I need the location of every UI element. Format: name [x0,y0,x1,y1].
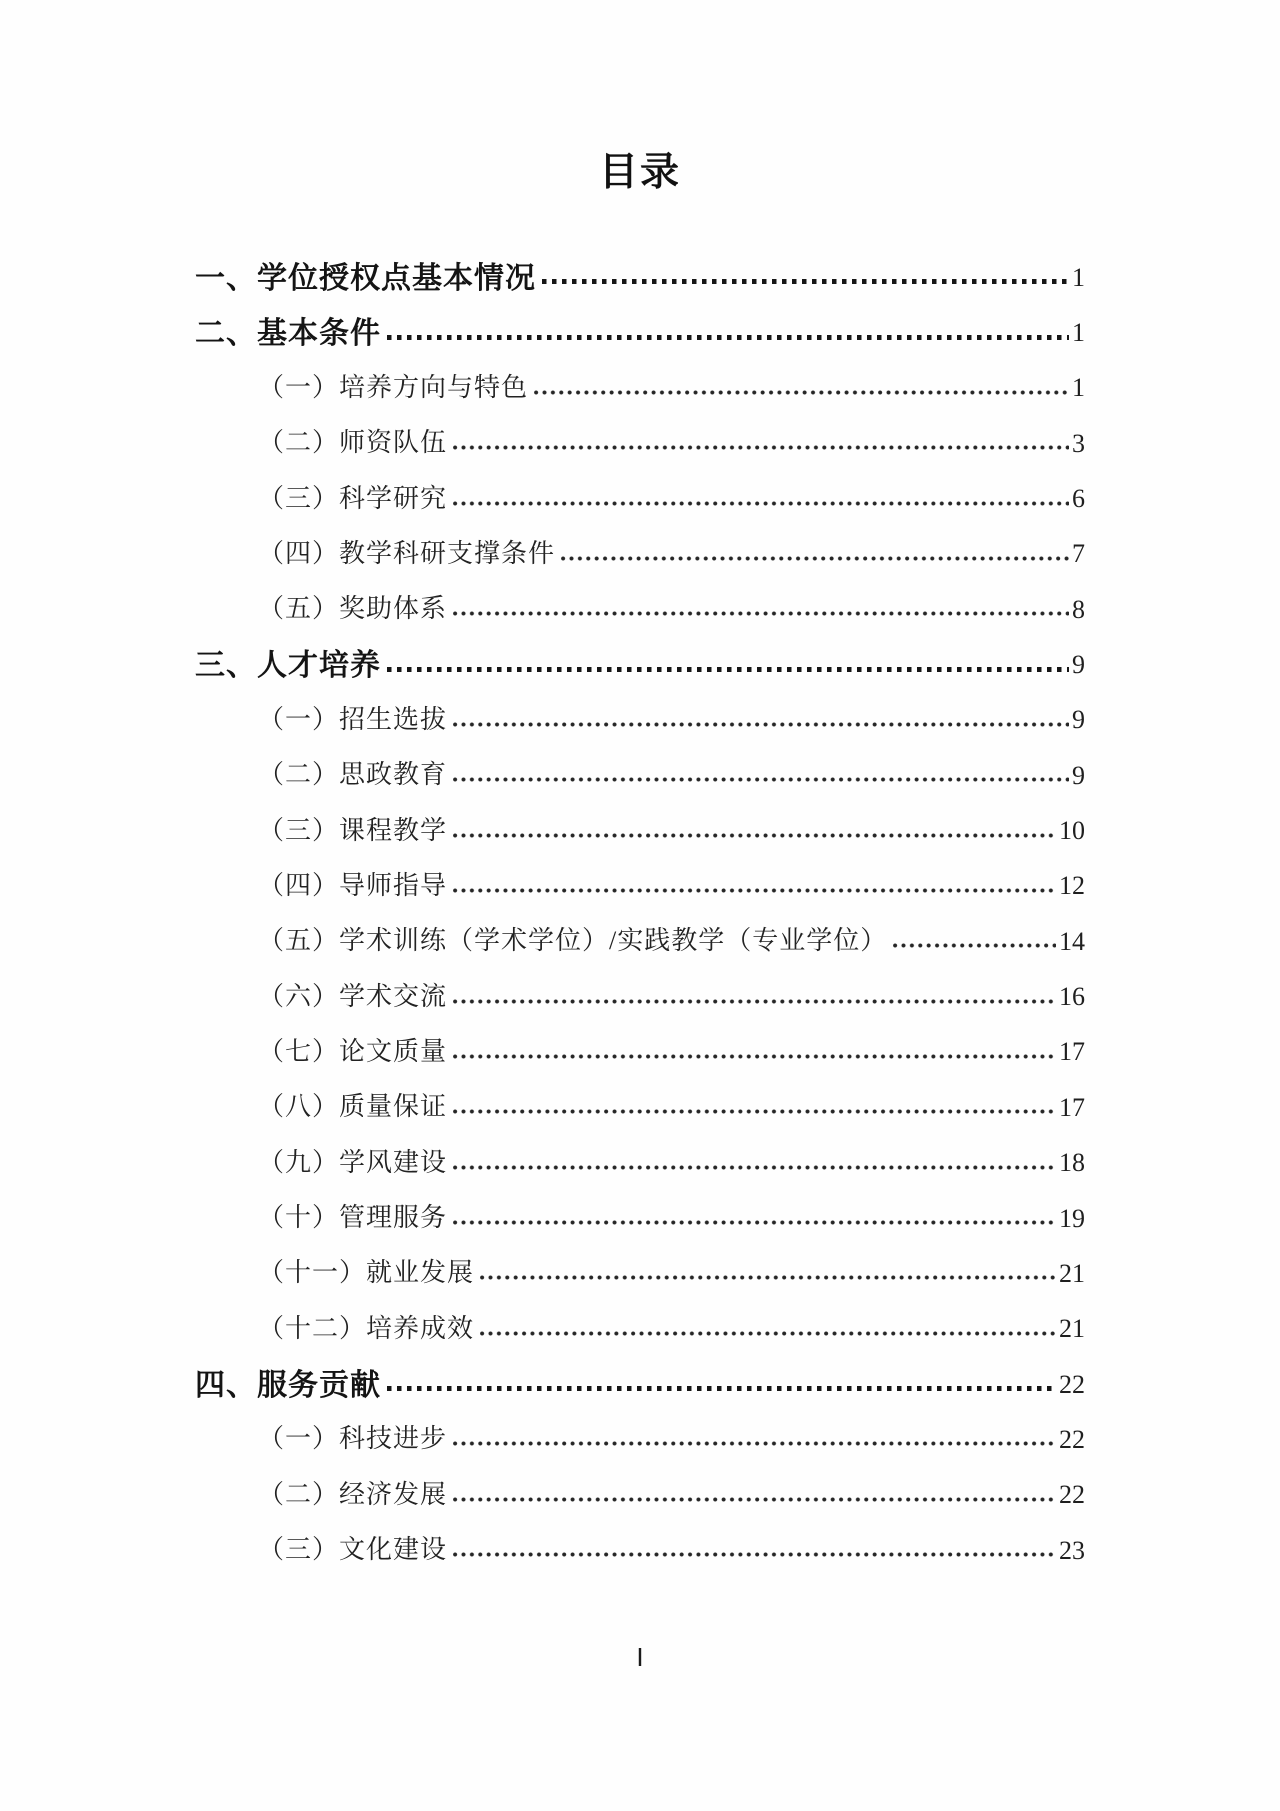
toc-entry: （五）学术训练（学术学位）/实践教学（专业学位） 14 [195,911,1085,966]
toc-entry: （四）教学科研支撑条件 7 [195,524,1085,579]
footer-page-number: I [0,1642,1280,1673]
toc-entry: 二、基本条件 1 [195,302,1085,357]
toc-entry-label: （四）教学科研支撑条件 [258,533,555,570]
toc-entry-label: 四、服务贡献 [195,1360,381,1404]
dot-leader-line [387,667,1069,672]
dot-leader-line [542,279,1069,284]
dot-leader-line [387,1386,1056,1391]
toc-entry-page-number: 1 [1072,373,1085,403]
dot-leader-line [453,777,1069,782]
toc-entry-page-number: 14 [1059,927,1085,957]
page-title: 目录 [0,0,1280,194]
toc-entry: 一、学位授权点基本情况 1 [195,247,1085,302]
toc-entry: （一）招生选拔 9 [195,690,1085,745]
dot-leader-line [480,1275,1056,1280]
toc-entry-page-number: 8 [1072,595,1085,625]
dot-leader-line [453,833,1056,838]
toc-entry: （九）学风建设 18 [195,1133,1085,1188]
toc-entry: （二）师资队伍 3 [195,413,1085,468]
toc-entry: （二）思政教育 9 [195,745,1085,800]
toc-entry: （十一）就业发展 21 [195,1243,1085,1298]
toc-entry: （三）课程教学 10 [195,800,1085,855]
toc-entry-label: （一）科技进步 [258,1418,447,1455]
dot-leader-line [534,390,1069,395]
toc-entry-label: （八）质量保证 [258,1086,447,1123]
toc-entry-page-number: 16 [1059,982,1085,1012]
toc-entry-label: （三）课程教学 [258,810,447,847]
toc-entry-label: 一、学位授权点基本情况 [195,253,536,297]
toc-entry: （一）培养方向与特色 1 [195,358,1085,413]
toc-entry-page-number: 17 [1059,1037,1085,1067]
toc-entry-page-number: 10 [1059,816,1085,846]
toc-entry: （三）科学研究 6 [195,468,1085,523]
toc-entry-label: （五）学术训练（学术学位）/实践教学（专业学位） [258,920,887,957]
toc-entry-page-number: 22 [1059,1425,1085,1455]
toc-entry-label: （六）学术交流 [258,976,447,1013]
toc-entry-page-number: 22 [1059,1370,1085,1400]
toc-entry-page-number: 1 [1072,263,1085,293]
toc-entry: （十）管理服务 19 [195,1188,1085,1243]
toc-entry-page-number: 21 [1059,1314,1085,1344]
toc-entry-page-number: 17 [1059,1093,1085,1123]
toc-entry-label: （十）管理服务 [258,1197,447,1234]
table-of-contents: 一、学位授权点基本情况 1 二、基本条件 1 （一）培养方向与特色 1 （二）师… [195,247,1085,1575]
toc-entry: （六）学术交流 16 [195,966,1085,1021]
dot-leader-line [561,556,1069,561]
dot-leader-line [453,611,1069,616]
toc-entry-label: （三）科学研究 [258,478,447,515]
toc-entry-page-number: 9 [1072,761,1085,791]
toc-entry-label: （二）思政教育 [258,754,447,791]
toc-entry-page-number: 12 [1059,871,1085,901]
toc-entry-label: （十二）培养成效 [258,1308,474,1345]
dot-leader-line [387,335,1069,340]
toc-entry-label: 三、人才培养 [195,640,381,684]
toc-entry: （十二）培养成效 21 [195,1299,1085,1354]
toc-entry: （四）导师指导 12 [195,856,1085,911]
dot-leader-line [453,1165,1056,1170]
toc-entry: （三）文化建设 23 [195,1520,1085,1575]
toc-entry-label: （四）导师指导 [258,865,447,902]
toc-entry-page-number: 9 [1072,705,1085,735]
toc-entry-label: （十一）就业发展 [258,1252,474,1289]
toc-entry-page-number: 18 [1059,1148,1085,1178]
dot-leader-line [453,1497,1056,1502]
toc-entry-label: （三）文化建设 [258,1529,447,1566]
dot-leader-line [453,445,1069,450]
toc-entry: （一）科技进步 22 [195,1409,1085,1464]
dot-leader-line [453,999,1056,1004]
toc-entry: （五）奖助体系 8 [195,579,1085,634]
document-page: 目录 一、学位授权点基本情况 1 二、基本条件 1 （一）培养方向与特色 1 （… [0,0,1280,1811]
toc-entry-page-number: 23 [1059,1536,1085,1566]
toc-entry: （八）质量保证 17 [195,1077,1085,1132]
dot-leader-line [480,1331,1056,1336]
toc-entry-page-number: 6 [1072,484,1085,514]
toc-entry-page-number: 22 [1059,1480,1085,1510]
dot-leader-line [453,1220,1056,1225]
dot-leader-line [893,943,1056,948]
dot-leader-line [453,1054,1056,1059]
toc-entry: 三、人才培养 9 [195,634,1085,689]
toc-entry-label: （二）经济发展 [258,1474,447,1511]
toc-entry-page-number: 1 [1072,318,1085,348]
toc-entry-page-number: 3 [1072,429,1085,459]
toc-entry-label: （二）师资队伍 [258,422,447,459]
toc-entry-page-number: 7 [1072,539,1085,569]
toc-entry: 四、服务贡献 22 [195,1354,1085,1409]
toc-entry: （七）论文质量 17 [195,1022,1085,1077]
toc-entry-page-number: 21 [1059,1259,1085,1289]
dot-leader-line [453,722,1069,727]
dot-leader-line [453,501,1069,506]
toc-entry-label: 二、基本条件 [195,308,381,352]
dot-leader-line [453,1109,1056,1114]
toc-entry-label: （九）学风建设 [258,1142,447,1179]
toc-entry-page-number: 19 [1059,1204,1085,1234]
toc-entry-label: （七）论文质量 [258,1031,447,1068]
toc-entry-label: （一）招生选拔 [258,699,447,736]
toc-entry-label: （五）奖助体系 [258,588,447,625]
toc-entry-label: （一）培养方向与特色 [258,367,528,404]
toc-entry-page-number: 9 [1072,650,1085,680]
toc-entry: （二）经济发展 22 [195,1465,1085,1520]
dot-leader-line [453,888,1056,893]
dot-leader-line [453,1552,1056,1557]
dot-leader-line [453,1441,1056,1446]
